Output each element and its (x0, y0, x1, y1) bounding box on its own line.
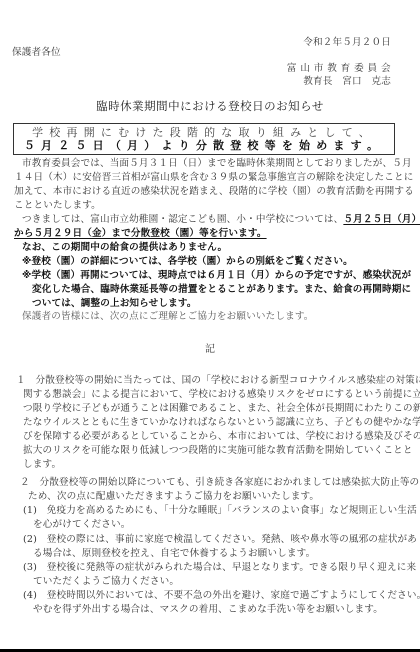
section1-line-1: １ 分散登校等の開始に当たっては、国の「学校における新型コロナウイルス感染症の対… (16, 374, 420, 387)
sender-person: 教育長 宮口 克志 (303, 75, 391, 88)
section2-item-2-line-1: (2) 登校の際には、事前に家庭で検温してください。発熱、咳や鼻水等の風邪の症状… (23, 533, 417, 546)
section2-item-4-line-2: やむを得ず外出する場合は、マスクの着用、こまめな手洗い等をお願いします。 (33, 603, 383, 616)
lunch-note: なお、この期間中の給食の提供はありません。 (22, 241, 227, 254)
intro-p2-highlight-start: ５月２５日（月） (343, 214, 420, 225)
section2-item-3-line-2: ていただくようご協力ください。 (33, 575, 179, 588)
section1-line-2: 関する懇談会」による提言において、学校における感染リスクをゼロにするという前提に… (23, 388, 420, 401)
section1-line-7: します。 (23, 458, 61, 471)
section2-line-2: ため、次の点に配慮いただきますようご協力をお願いいたします。 (28, 490, 319, 503)
section2-line-1: ２ 分散登校等の開始以降についても、引き続き各家庭におかれましては感染拡大防止等… (20, 476, 419, 489)
section1-line-5: びを保障する必要があるとしていることから、本市においては、学校における感染及びそ… (23, 430, 420, 443)
notice-line-2: ５月２５日（月）より分散登校等を始めます。 (14, 139, 394, 152)
document-date: 令和２年５月２０日 (303, 36, 391, 49)
section1-line-4: たなウイルスとともに生きていかなければならないという認識に立ち、子どもの健やかな… (23, 416, 420, 429)
sender-organization: 富 山 市 教 育 委 員 会 (287, 62, 391, 75)
section2-item-4-line-1: (4) 登校時間以外においては、不要不急の外出を避け、家庭で過ごすようにしてくだ… (23, 589, 420, 602)
notice-line-1: 学校再開にむけた段階的な取り組みとして、 (14, 126, 394, 139)
intro-p1-line-4: ことといたします。 (14, 199, 101, 212)
section1-line-3: つ限り学校に子どもが通うことは困難であること、また、社会全体が長期間にわたりこの… (23, 402, 420, 415)
page-title: 臨時休業期間中における登校日のお知らせ (0, 98, 420, 114)
intro-p1-line-3: 加えて、本市における直近の感染状況を踏まえ、段階的に学校（園）の教育活動を再開す… (14, 185, 414, 198)
note-details: ※登校（園）の詳細については、各学校（園）からの別紙をご覧ください。 (22, 255, 353, 268)
intro-p2-line-1: つきましては、富山市立幼稚園・認定こども園、小・中学校については、５月２５日（月… (22, 213, 420, 226)
intro-p2-prefix: つきましては、富山市立幼稚園・認定こども園、小・中学校については、 (22, 214, 343, 225)
closing-request: 保護者の皆様には、次の点にご理解とご協力をお願いいたします。 (22, 310, 314, 323)
note-reopen-line-1: ※学校（園）再開については、現時点では６月１日（月）からの予定ですが、感染状況が (22, 269, 411, 282)
addressee: 保護者各位 (12, 46, 61, 59)
intro-p2-highlight-end: から５月２９日（金）まで分散登校（園）等を行います。 (14, 227, 267, 240)
section2-item-2-line-2: る場合は、原則登校を控え、自宅で休養するようお願いします。 (33, 547, 315, 560)
notice-box: 学校再開にむけた段階的な取り組みとして、 ５月２５日（月）より分散登校等を始めま… (13, 123, 395, 155)
ki-heading: 記 (0, 340, 420, 355)
section2-item-1-line-1: (1) 免疫力を高めるためにも、「十分な睡眠」「バランスのよい食事」など規則正し… (23, 504, 417, 517)
intro-p1-line-1: 市教育委員会では、当面５月３１日（日）までを臨時休業期間としておりましたが、５月 (22, 157, 412, 170)
intro-p1-line-2: １４日（木）に安倍晋三首相が富山県を含む３９県の緊急事態宣言の解除を決定したこと… (14, 171, 414, 184)
note-reopen-line-3: ついては、調整の上お知らせします。 (32, 297, 197, 310)
note-reopen-line-2: 変化した場合、臨時休業延長等の措置をとることがあります。また、給食の再開時期に (32, 283, 411, 296)
section2-item-3-line-1: (3) 登校後に発熱等の症状がみられた場合は、早退となります。できる限り早く迎え… (23, 561, 416, 574)
section2-item-1-line-2: を心がけてください。 (33, 518, 130, 531)
section1-line-6: 拡大のリスクを可能な限り低減しつつ段階的に実施可能な教育活動を開始していくことと (23, 444, 413, 457)
